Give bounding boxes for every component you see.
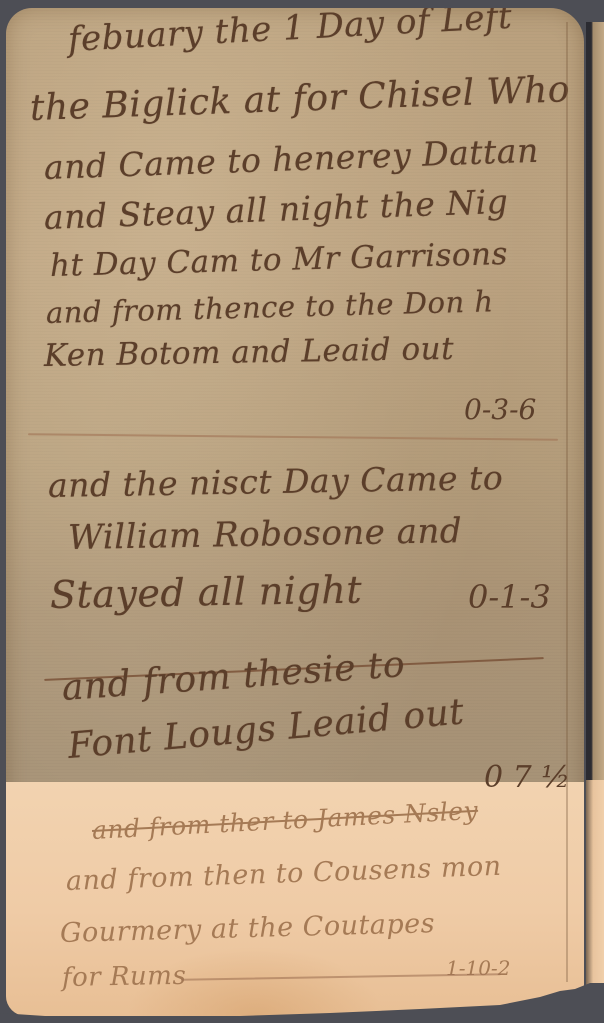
document-scan: febuary the 1 Day of Left the Biglick at… (0, 0, 604, 1023)
entry-3-amount: 0 7 ½ (484, 760, 570, 795)
torn-bottom-edge (0, 983, 604, 1023)
page-fold-line (566, 22, 568, 982)
entry-2-amount: 0-1-3 (468, 578, 551, 616)
entry-2-line-1: and the nisct Day Came to (48, 458, 504, 505)
entry-1-amount: 0-3-6 (464, 393, 536, 426)
entry-1-line-1: febuary the 1 Day of Left (67, 8, 513, 60)
entry-divider (28, 433, 558, 441)
entry-1-line-4: and Steay all night the Nig (43, 182, 509, 237)
entry-1-line-3: and Came to henerey Dattan (43, 131, 539, 187)
entry-1-line-7: Ken Botom and Leaid out (44, 331, 455, 374)
binding-edge-lower (586, 780, 604, 990)
entry-1-line-2: the Biglick at for Chisel Who (29, 69, 570, 129)
entry-3-line-1: and from thesie to (61, 644, 407, 709)
entry-1-line-6: and from thence to the Don h (46, 284, 494, 330)
entry-2-line-3: Stayed all night (50, 568, 363, 617)
entry-2-line-2: William Robosone and (68, 511, 463, 558)
entry-4-amount: 1-10-2 (446, 956, 510, 980)
entry-1-line-5: ht Day Cam to Mr Garrisons (50, 236, 509, 284)
journal-page: febuary the 1 Day of Left the Biglick at… (6, 8, 584, 1016)
